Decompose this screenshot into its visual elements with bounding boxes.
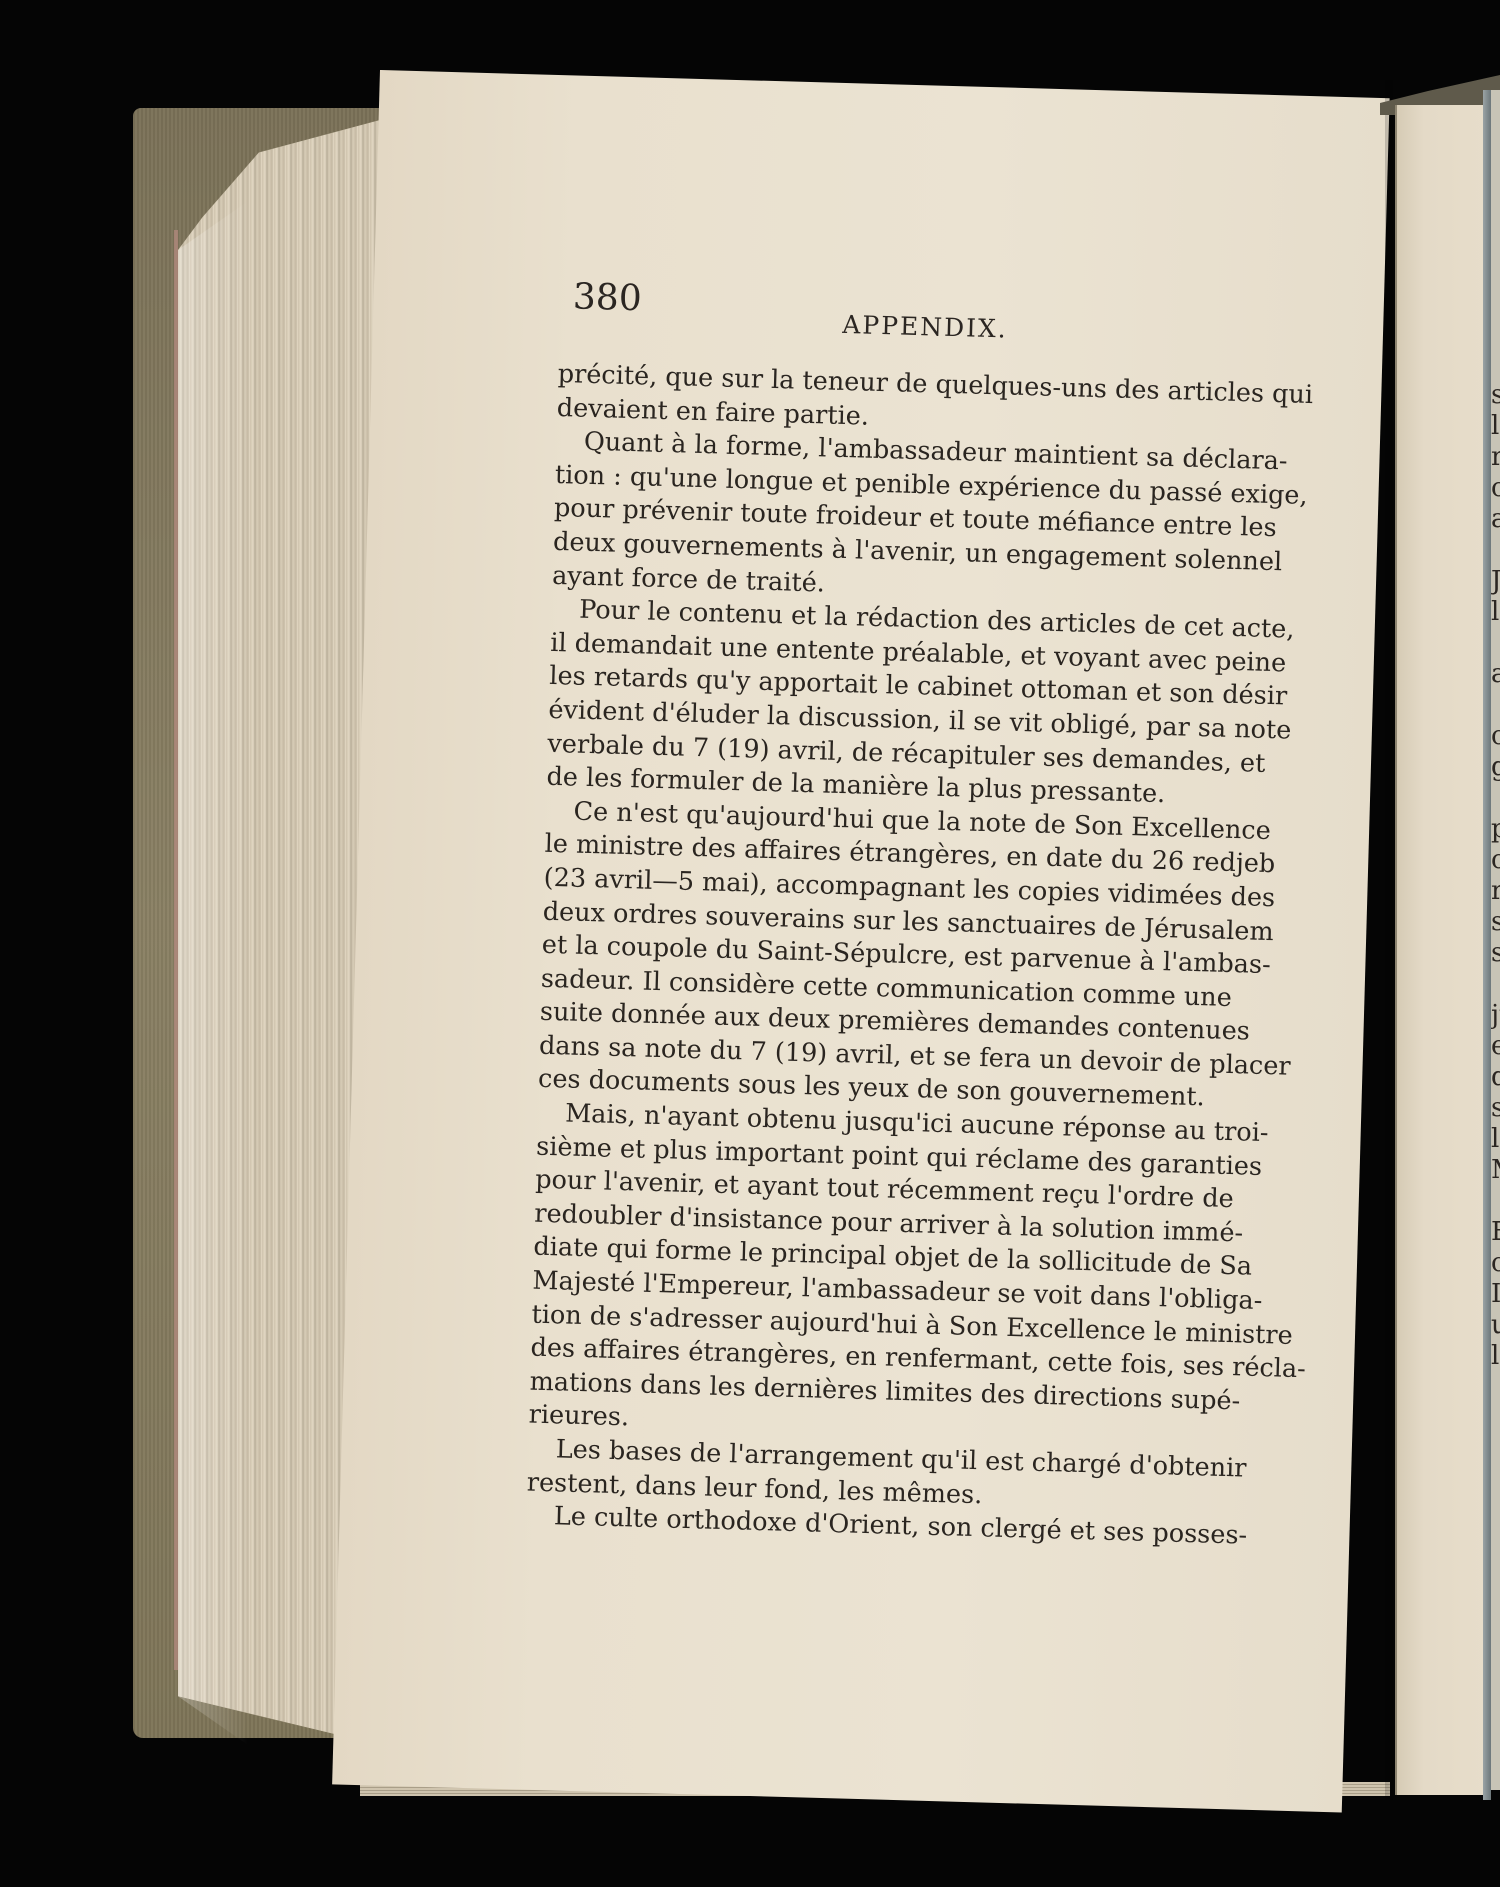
facing-page-fragment: d bbox=[1491, 1062, 1500, 1093]
facing-page-fragment bbox=[1491, 690, 1500, 721]
facing-page-text-fragments: slrcaJlacgpcrssjuetdsl'MEceIlurlu bbox=[1491, 380, 1500, 1480]
facing-page-fragment bbox=[1491, 783, 1500, 814]
facing-page-fragment: ce bbox=[1491, 1248, 1500, 1279]
facing-page-fragment: r bbox=[1491, 876, 1500, 907]
facing-page-fragment: s bbox=[1491, 907, 1500, 938]
facing-page-fragment: a bbox=[1491, 659, 1500, 690]
endpaper-edge bbox=[174, 230, 178, 1670]
facing-page-fragment: c bbox=[1491, 473, 1500, 504]
facing-page-fragment: c bbox=[1491, 721, 1500, 752]
facing-page-fragment: s bbox=[1491, 938, 1500, 969]
facing-page-fragment: s bbox=[1491, 380, 1500, 411]
facing-page-fragment: M bbox=[1491, 1155, 1500, 1186]
running-head-title: APPENDIX. bbox=[842, 310, 1008, 344]
facing-page-fragment: ur bbox=[1491, 1310, 1500, 1341]
facing-page-fragment bbox=[1491, 628, 1500, 659]
facing-page-fragment: l bbox=[1491, 597, 1500, 628]
facing-page-fragment bbox=[1491, 969, 1500, 1000]
page-text-block: 380 APPENDIX. précité, que sur la teneur… bbox=[525, 296, 1249, 1553]
facing-page-fragment: p bbox=[1491, 814, 1500, 845]
facing-page-fragment: l bbox=[1491, 411, 1500, 442]
page-stack-highlight bbox=[178, 120, 248, 1745]
facing-page-fragment: et bbox=[1491, 1031, 1500, 1062]
spine-strip bbox=[1483, 90, 1491, 1800]
facing-page-fragment bbox=[1491, 1186, 1500, 1217]
facing-page-fragment: E bbox=[1491, 1217, 1500, 1248]
facing-page-fragment bbox=[1491, 535, 1500, 566]
facing-page-fragment: s bbox=[1491, 1093, 1500, 1124]
facing-page-fragment: ju bbox=[1491, 1000, 1500, 1031]
facing-page-fragment: c bbox=[1491, 845, 1500, 876]
facing-page-fragment: Il bbox=[1491, 1279, 1500, 1310]
facing-page-fragment: l' bbox=[1491, 1124, 1500, 1155]
gutter-page-fold bbox=[1395, 105, 1487, 1795]
page-number: 380 bbox=[572, 276, 642, 319]
facing-page-fragment: r bbox=[1491, 442, 1500, 473]
facing-page-fragment: lu bbox=[1491, 1341, 1500, 1372]
facing-page-fragment: g bbox=[1491, 752, 1500, 783]
facing-page-fragment: J bbox=[1491, 566, 1500, 597]
facing-page-fragment: a bbox=[1491, 504, 1500, 535]
body-text: précité, que sur la teneur de quelques-u… bbox=[525, 358, 1248, 1553]
